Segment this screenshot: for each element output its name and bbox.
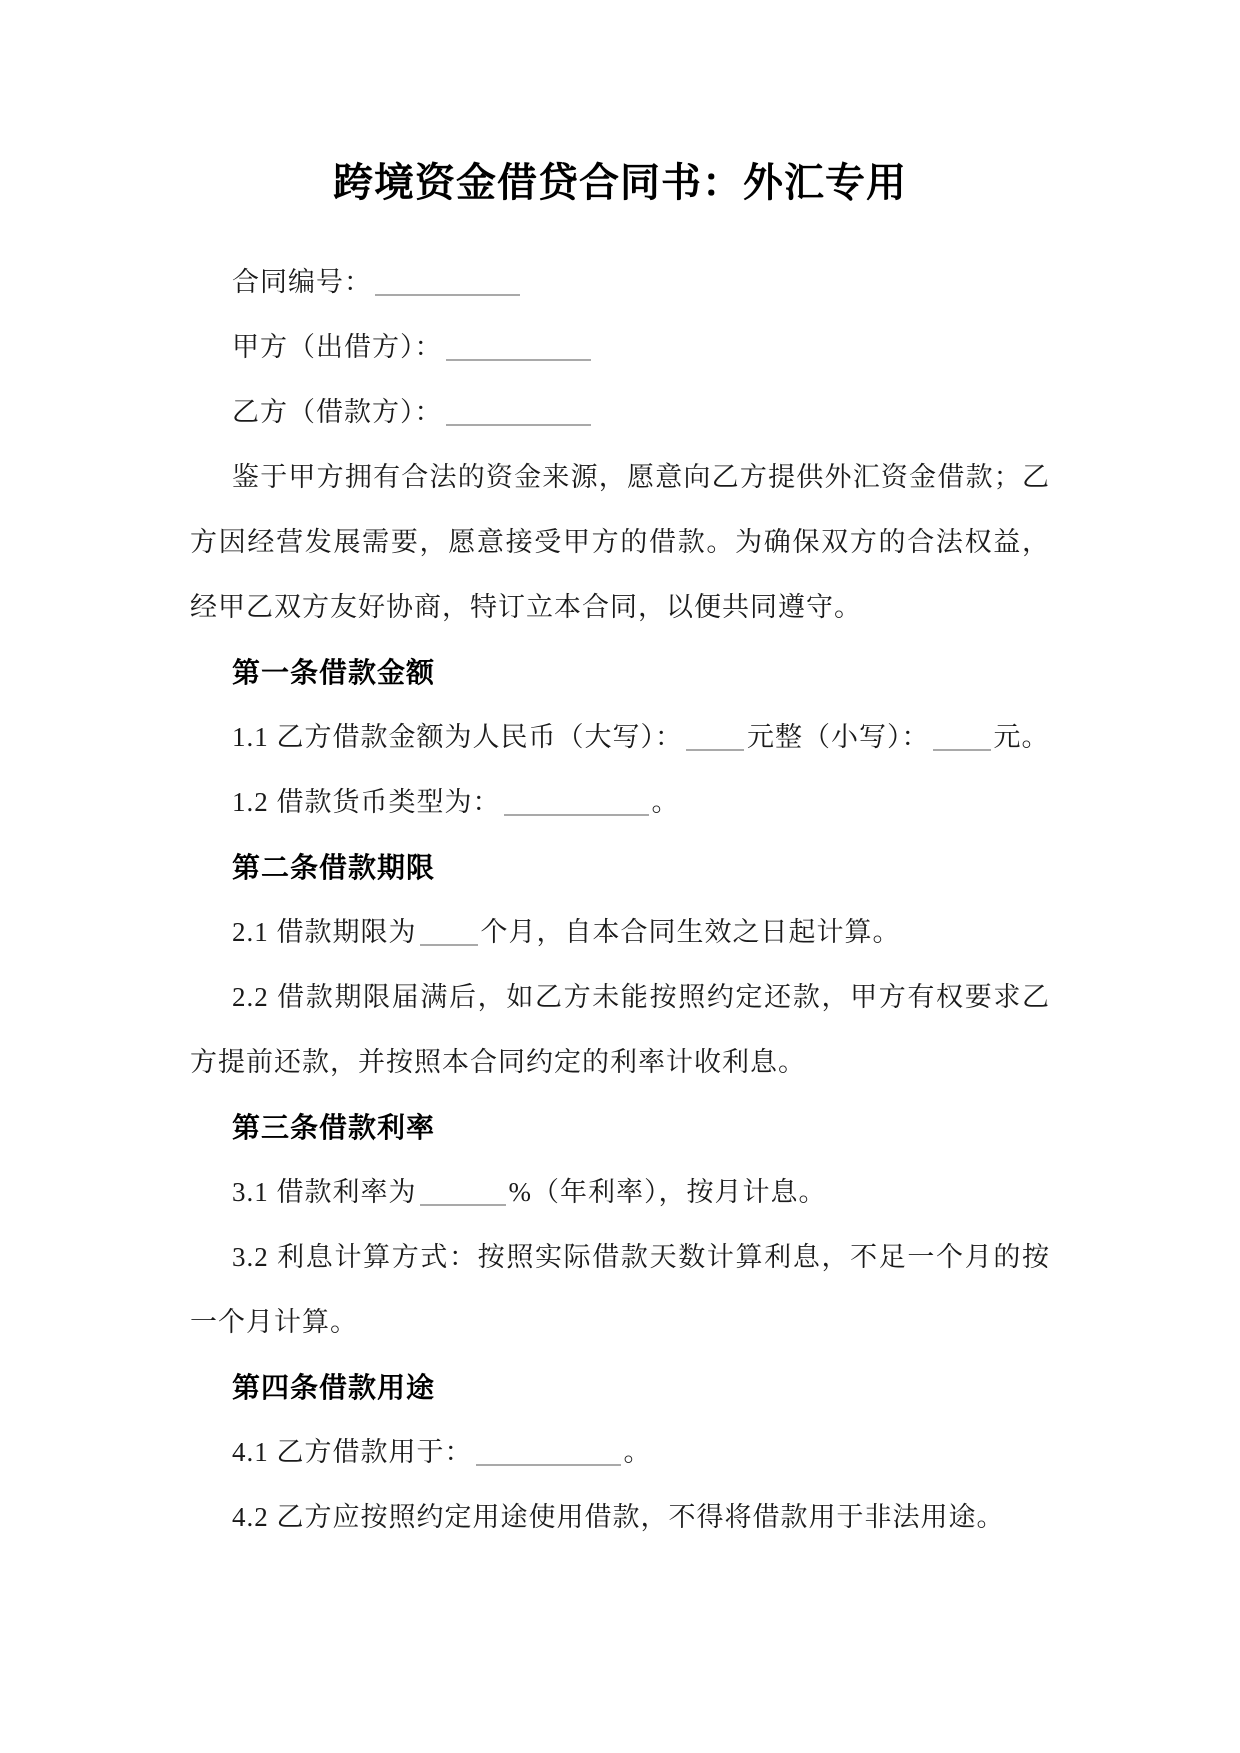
text-run: 。 — [652, 787, 680, 817]
fill-in-blank-underline — [933, 749, 991, 751]
fill-in-blank-underline — [504, 814, 649, 816]
text-run: 4.1 乙方借款用于： — [232, 1437, 473, 1467]
text-run: 3.2 利息计算方式：按照实际借款天数计算利息，不足一个月的按一个月计算。 — [190, 1242, 1050, 1337]
text-run: 乙方（借款方）： — [232, 397, 443, 427]
document-body: 合同编号：甲方（出借方）：乙方（借款方）：鉴于甲方拥有合法的资金来源，愿意向乙方… — [0, 250, 1240, 1550]
clause-3-2: 3.2 利息计算方式：按照实际借款天数计算利息，不足一个月的按一个月计算。 — [190, 1225, 1050, 1355]
section-heading-text: 第一条借款金额 — [232, 656, 435, 689]
clause-4-2: 4.2 乙方应按照约定用途使用借款，不得将借款用于非法用途。 — [190, 1485, 1050, 1550]
section-1-heading: 第一条借款金额 — [190, 640, 1050, 705]
text-run: 。 — [624, 1437, 652, 1467]
text-run: 3.1 借款利率为 — [232, 1177, 417, 1207]
fill-in-blank-underline — [446, 359, 591, 361]
fill-in-blank-underline — [686, 749, 744, 751]
text-run: 2.1 借款期限为 — [232, 917, 417, 947]
text-run: 元。 — [994, 722, 1050, 752]
party-b-borrower-field: 乙方（借款方）： — [190, 380, 1050, 445]
contract-number-field: 合同编号： — [190, 250, 1050, 315]
fill-in-blank-underline — [476, 1464, 621, 1466]
preamble-paragraph: 鉴于甲方拥有合法的资金来源，愿意向乙方提供外汇资金借款；乙方因经营发展需要，愿意… — [190, 445, 1050, 640]
section-3-heading: 第三条借款利率 — [190, 1095, 1050, 1160]
clause-4-1: 4.1 乙方借款用于：。 — [190, 1420, 1050, 1485]
text-run: 合同编号： — [232, 267, 372, 297]
party-a-lender-field: 甲方（出借方）： — [190, 315, 1050, 380]
document-title: 跨境资金借贷合同书：外汇专用 — [0, 0, 1240, 208]
text-run: 1.1 乙方借款金额为人民币（大写）： — [232, 722, 683, 752]
text-run: 个月，自本合同生效之日起计算。 — [481, 917, 901, 947]
clause-3-1: 3.1 借款利率为%（年利率），按月计息。 — [190, 1160, 1050, 1225]
clause-2-1: 2.1 借款期限为个月，自本合同生效之日起计算。 — [190, 900, 1050, 965]
text-run: 鉴于甲方拥有合法的资金来源，愿意向乙方提供外汇资金借款；乙方因经营发展需要，愿意… — [190, 462, 1050, 622]
section-heading-text: 第三条借款利率 — [232, 1111, 435, 1144]
fill-in-blank-underline — [375, 294, 520, 296]
fill-in-blank-underline — [420, 1204, 506, 1206]
clause-2-2: 2.2 借款期限届满后，如乙方未能按照约定还款，甲方有权要求乙方提前还款，并按照… — [190, 965, 1050, 1095]
fill-in-blank-underline — [420, 944, 478, 946]
text-run: 2.2 借款期限届满后，如乙方未能按照约定还款，甲方有权要求乙方提前还款，并按照… — [190, 982, 1050, 1077]
text-run: 4.2 乙方应按照约定用途使用借款，不得将借款用于非法用途。 — [232, 1502, 1005, 1532]
text-run: 甲方（出借方）： — [232, 332, 443, 362]
section-4-heading: 第四条借款用途 — [190, 1355, 1050, 1420]
section-2-heading: 第二条借款期限 — [190, 835, 1050, 900]
text-run: 1.2 借款货币类型为： — [232, 787, 501, 817]
clause-1-1: 1.1 乙方借款金额为人民币（大写）：元整（小写）：元。 — [190, 705, 1050, 770]
text-run: 元整（小写）： — [747, 722, 930, 752]
section-heading-text: 第四条借款用途 — [232, 1371, 435, 1404]
contract-page: 跨境资金借贷合同书：外汇专用 合同编号：甲方（出借方）：乙方（借款方）：鉴于甲方… — [0, 0, 1240, 1753]
clause-1-2: 1.2 借款货币类型为：。 — [190, 770, 1050, 835]
fill-in-blank-underline — [446, 424, 591, 426]
section-heading-text: 第二条借款期限 — [232, 851, 435, 884]
text-run: %（年利率），按月计息。 — [509, 1177, 827, 1207]
